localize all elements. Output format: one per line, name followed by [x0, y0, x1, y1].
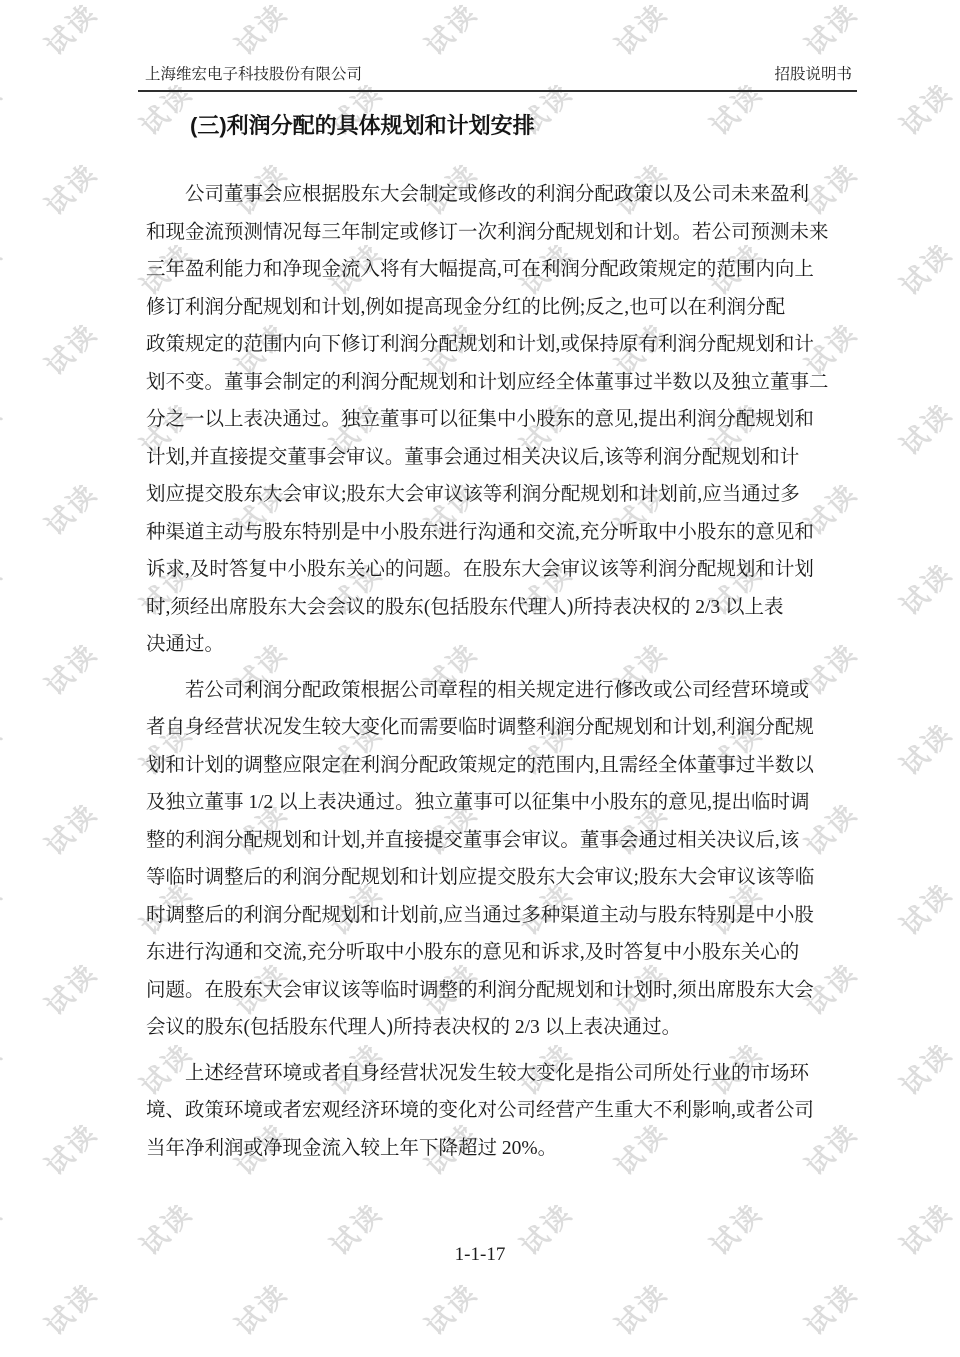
paragraph: 公司董事会应根据股东大会制定或修改的利润分配政策以及公司未来盈利和现金流预测情况…	[146, 176, 836, 664]
page-number: 1-1-17	[455, 1244, 506, 1265]
text-line: 当年净利润或净现金流入较上年下降超过 20%。	[146, 1130, 836, 1168]
document-body: 公司董事会应根据股东大会制定或修改的利润分配政策以及公司未来盈利和现金流预测情况…	[146, 176, 836, 1167]
paragraph: 若公司利润分配政策根据公司章程的相关规定进行修改或公司经营环境或者自身经营状况发…	[146, 672, 836, 1047]
section-title: (三)利润分配的具体规划和计划安排	[190, 112, 535, 140]
text-line: 修订利润分配规划和计划,例如提高现金分红的比例;反之,也可以在利润分配	[146, 289, 836, 327]
header-doc-type: 招股说明书	[774, 66, 852, 84]
text-line: 计划,并直接提交董事会审议。董事会通过相关决议后,该等利润分配规划和计	[146, 439, 836, 477]
text-line: 时调整后的利润分配规划和计划前,应当通过多种渠道主动与股东特别是中小股	[146, 897, 836, 935]
page-content: 上海维宏电子科技股份有限公司 招股说明书 (三)利润分配的具体规划和计划安排 公…	[0, 0, 960, 1357]
text-line: 若公司利润分配政策根据公司章程的相关规定进行修改或公司经营环境或	[146, 672, 836, 710]
text-line: 和现金流预测情况每三年制定或修订一次利润分配规划和计划。若公司预测未来	[146, 214, 836, 252]
text-line: 诉求,及时答复中小股东关心的问题。在股东大会审议该等利润分配规划和计划	[146, 551, 836, 589]
text-line: 划应提交股东大会审议;股东大会审议该等利润分配规划和计划前,应当通过多	[146, 476, 836, 514]
text-line: 决通过。	[146, 626, 836, 664]
text-line: 东进行沟通和交流,充分听取中小股东的意见和诉求,及时答复中小股东关心的	[146, 934, 836, 972]
header-rule	[138, 90, 857, 92]
text-line: 整的利润分配规划和计划,并直接提交董事会审议。董事会通过相关决议后,该	[146, 822, 836, 860]
text-line: 时,须经出席股东大会会议的股东(包括股东代理人)所持表决权的 2/3 以上表	[146, 589, 836, 627]
text-line: 上述经营环境或者自身经营状况发生较大变化是指公司所处行业的市场环	[146, 1055, 836, 1093]
document-page: 试读试读试读试读试读试读试读试读试读试读试读试读试读试读试读试读试读试读试读试读…	[0, 0, 960, 1357]
text-line: 问题。在股东大会审议该等临时调整的利润分配规划和计划时,须出席股东大会	[146, 972, 836, 1010]
text-line: 及独立董事 1/2 以上表决通过。独立董事可以征集中小股东的意见,提出临时调	[146, 784, 836, 822]
text-line: 划和计划的调整应限定在利润分配政策规定的范围内,且需经全体董事过半数以	[146, 747, 836, 785]
text-line: 三年盈利能力和净现金流入将有大幅提高,可在利润分配政策规定的范围内向上	[146, 251, 836, 289]
text-line: 种渠道主动与股东特别是中小股东进行沟通和交流,充分听取中小股东的意见和	[146, 514, 836, 552]
text-line: 者自身经营状况发生较大变化而需要临时调整利润分配规划和计划,利润分配规	[146, 709, 836, 747]
page-footer: 1-1-17	[0, 1244, 960, 1266]
text-line: 境、政策环境或者宏观经济环境的变化对公司经营产生重大不利影响,或者公司	[146, 1092, 836, 1130]
text-line: 划不变。董事会制定的利润分配规划和计划应经全体董事过半数以及独立董事二	[146, 364, 836, 402]
paragraph: 上述经营环境或者自身经营状况发生较大变化是指公司所处行业的市场环境、政策环境或者…	[146, 1055, 836, 1168]
text-line: 政策规定的范围内向下修订利润分配规划和计划,或保持原有利润分配规划和计	[146, 326, 836, 364]
header-company-name: 上海维宏电子科技股份有限公司	[145, 66, 362, 84]
text-line: 会议的股东(包括股东代理人)所持表决权的 2/3 以上表决通过。	[146, 1009, 836, 1047]
text-line: 公司董事会应根据股东大会制定或修改的利润分配政策以及公司未来盈利	[146, 176, 836, 214]
text-line: 等临时调整后的利润分配规划和计划应提交股东大会审议;股东大会审议该等临	[146, 859, 836, 897]
text-line: 分之一以上表决通过。独立董事可以征集中小股东的意见,提出利润分配规划和	[146, 401, 836, 439]
page-header: 上海维宏电子科技股份有限公司 招股说明书	[145, 66, 852, 84]
